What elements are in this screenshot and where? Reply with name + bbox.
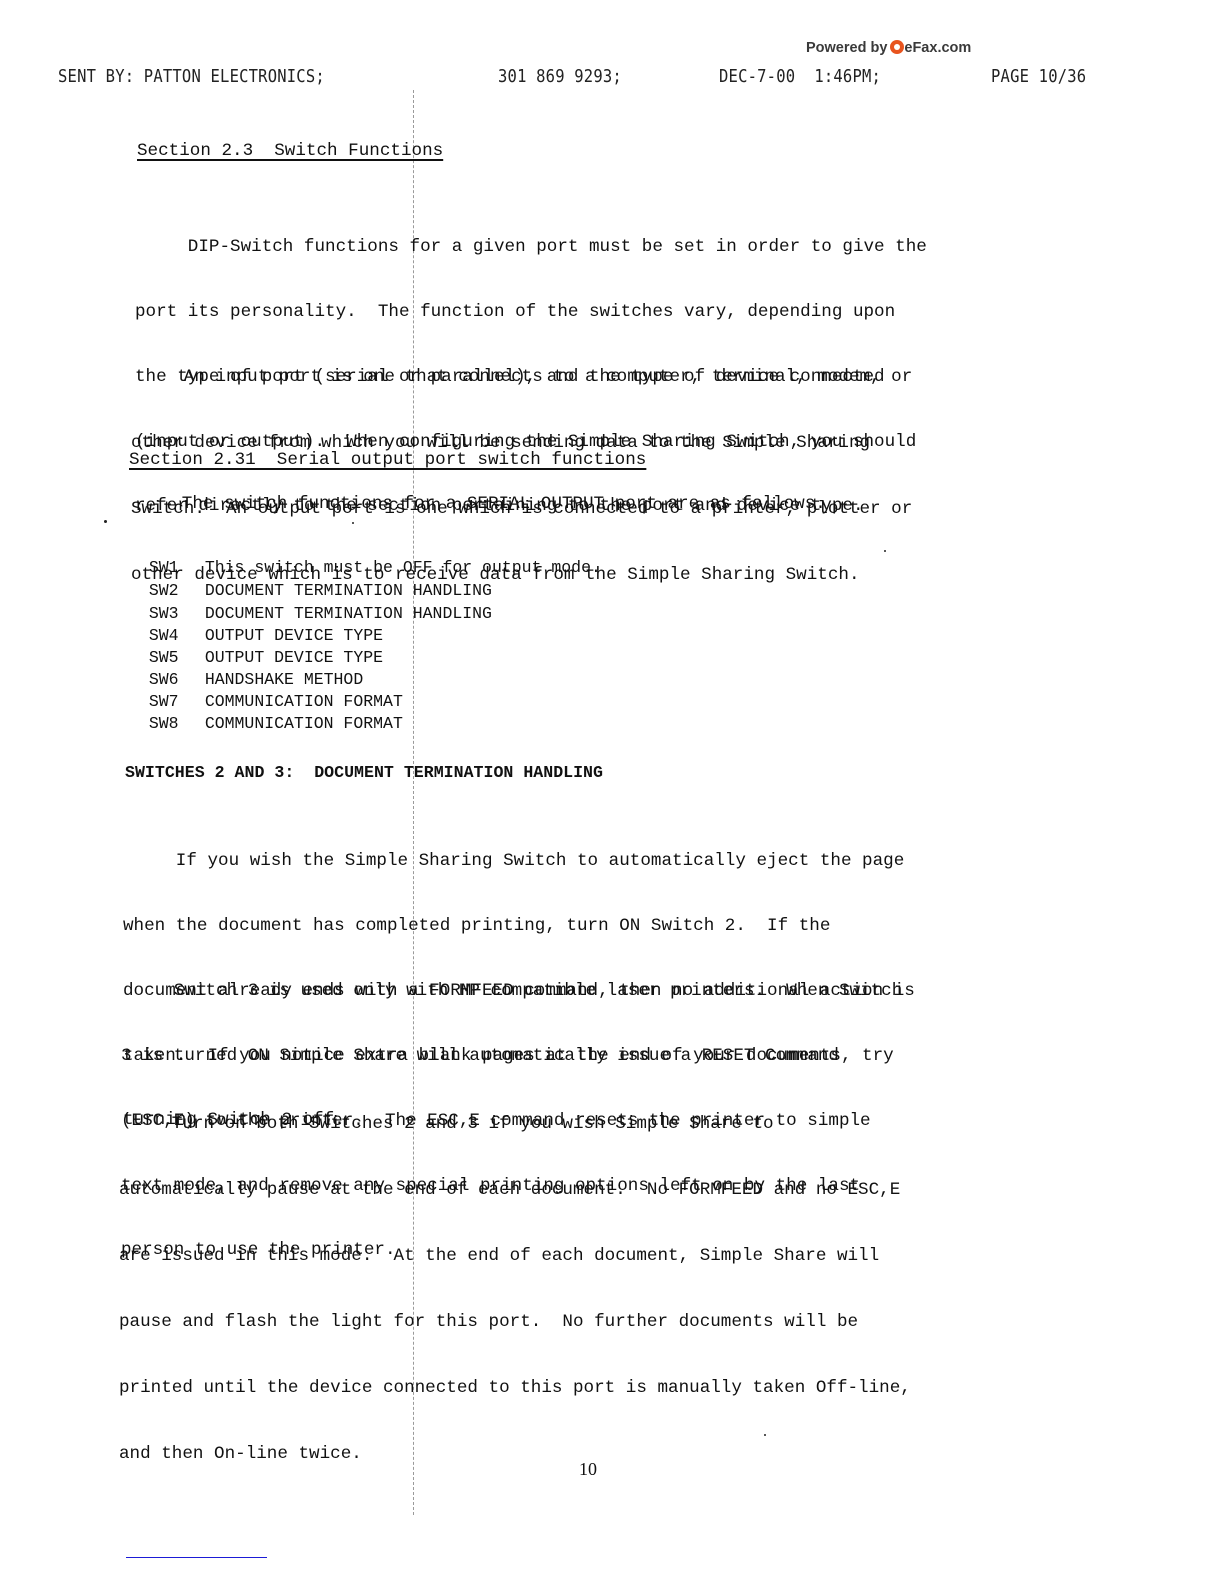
switches-2-3-paragraph-3: Turn on both Switches 2 and 3 if you wis… — [119, 1069, 911, 1487]
switch-code: SW8 — [149, 714, 205, 733]
fax-sender: SENT BY: PATTON ELECTRONICS; — [58, 66, 325, 87]
scan-speck — [764, 1434, 766, 1436]
fax-phone: 301 869 9293; — [498, 66, 622, 87]
text-line: port its personality. The function of th… — [135, 302, 927, 324]
section-2-3-title: Section 2.3 Switch Functions — [137, 141, 443, 161]
text-line: DIP-Switch functions for a given port mu… — [135, 237, 927, 259]
text-line: Switch 3 is used only with HP compatible… — [121, 981, 902, 1003]
text-line: Turn on both Switches 2 and 3 if you wis… — [119, 1113, 911, 1135]
section-2-31-intro: The switch functions for a SERIAL OUTPUT… — [129, 494, 826, 516]
switches-2-3-heading: SWITCHES 2 AND 3: DOCUMENT TERMINATION H… — [125, 763, 603, 782]
text-line: are issued in this mode. At the end of e… — [119, 1245, 911, 1267]
scan-speck — [104, 520, 107, 523]
text-line: automatically pause at the end of each d… — [119, 1179, 911, 1201]
text-line: and then On-line twice. — [119, 1443, 911, 1465]
powered-by-label: Powered by — [806, 40, 887, 56]
text-line: printed until the device connected to th… — [119, 1377, 911, 1399]
fax-page-count: PAGE 10/36 — [991, 66, 1086, 87]
efax-branding: Powered byeFax.com — [806, 40, 971, 56]
text-line: An input port is one that connects to a … — [131, 366, 912, 388]
text-line: 3 is turned ON Simple Share will automat… — [121, 1046, 902, 1068]
efax-logo-icon — [890, 40, 904, 54]
page-number: 10 — [579, 1459, 597, 1480]
text-line: If you wish the Simple Sharing Switch to… — [123, 851, 915, 873]
text-line: when the document has completed printing… — [123, 916, 915, 938]
blue-rule-line — [126, 1557, 267, 1558]
scan-speck — [352, 522, 354, 524]
switch-description: COMMUNICATION FORMAT — [205, 714, 403, 733]
text-line: pause and flash the light for this port.… — [119, 1311, 911, 1333]
switch-row-sw8: SW8COMMUNICATION FORMAT — [129, 695, 403, 733]
fax-datetime: DEC-7-00 1:46PM; — [719, 66, 881, 87]
section-2-31-title: Section 2.31 Serial output port switch f… — [129, 450, 646, 470]
efax-brand-label: eFax.com — [904, 40, 971, 56]
scan-speck — [884, 550, 886, 552]
